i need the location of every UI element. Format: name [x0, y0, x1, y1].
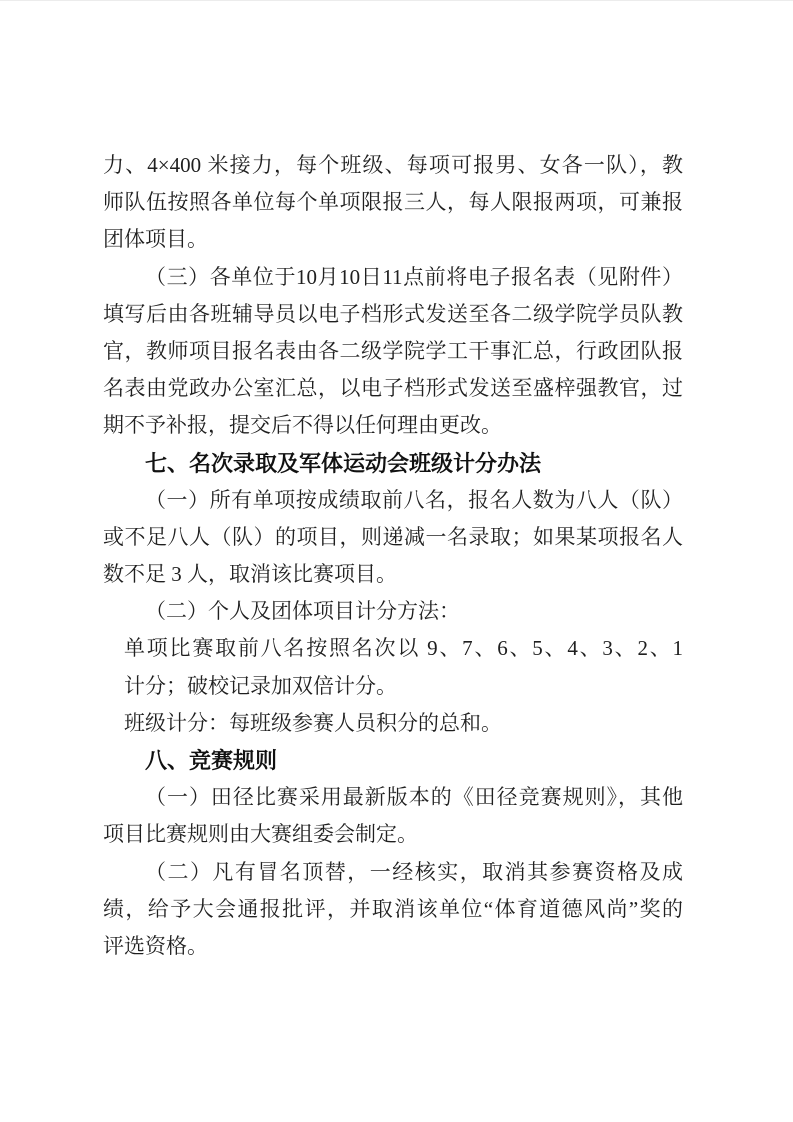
- text-line: 评选资格。: [103, 928, 683, 965]
- text-line: 班级计分：每班级参赛人员积分的总和。: [103, 705, 683, 742]
- text-line: （一）田径比赛采用最新版本的《田径竞赛规则》，其他: [103, 779, 683, 816]
- text-block: 力、4×400 米接力，每个班级、每项可报男、女各一队），教 师队伍按照各单位每…: [103, 147, 683, 965]
- text-line: 团体项目。: [103, 221, 683, 258]
- text-line: 单项比赛取前八名按照名次以 9、7、6、5、4、3、2、1: [103, 630, 683, 667]
- text-line: （二）个人及团体项目计分方法：: [103, 593, 683, 630]
- text-line: 或不足八人（队）的项目，则递减一名录取；如果某项报名人: [103, 519, 683, 556]
- text-line: 期不予补报，提交后不得以任何理由更改。: [103, 407, 683, 444]
- text-line: （二）凡有冒名顶替，一经核实，取消其参赛资格及成: [103, 854, 683, 891]
- text-line: 数不足 3 人，取消该比赛项目。: [103, 556, 683, 593]
- text-line: 师队伍按照各单位每个单项限报三人，每人限报两项，可兼报: [103, 184, 683, 221]
- document-page: 力、4×400 米接力，每个班级、每项可报男、女各一队），教 师队伍按照各单位每…: [0, 0, 793, 1122]
- text-line: 官，教师项目报名表由各二级学院学工干事汇总，行政团队报: [103, 333, 683, 370]
- text-line: 绩，给予大会通报批评，并取消该单位“体育道德风尚”奖的: [103, 891, 683, 928]
- text-line: （三）各单位于10月10日11点前将电子报名表（见附件）: [103, 259, 683, 296]
- section-heading: 八、竞赛规则: [103, 742, 683, 779]
- text-line: 名表由党政办公室汇总，以电子档形式发送至盛梓强教官，过: [103, 370, 683, 407]
- text-line: 填写后由各班辅导员以电子档形式发送至各二级学院学员队教: [103, 296, 683, 333]
- text-line: （一）所有单项按成绩取前八名，报名人数为八人（队）: [103, 482, 683, 519]
- text-line: 力、4×400 米接力，每个班级、每项可报男、女各一队），教: [103, 147, 683, 184]
- text-line: 项目比赛规则由大赛组委会制定。: [103, 816, 683, 853]
- section-heading: 七、名次录取及军体运动会班级计分办法: [103, 445, 683, 482]
- text-line: 计分；破校记录加双倍计分。: [103, 668, 683, 705]
